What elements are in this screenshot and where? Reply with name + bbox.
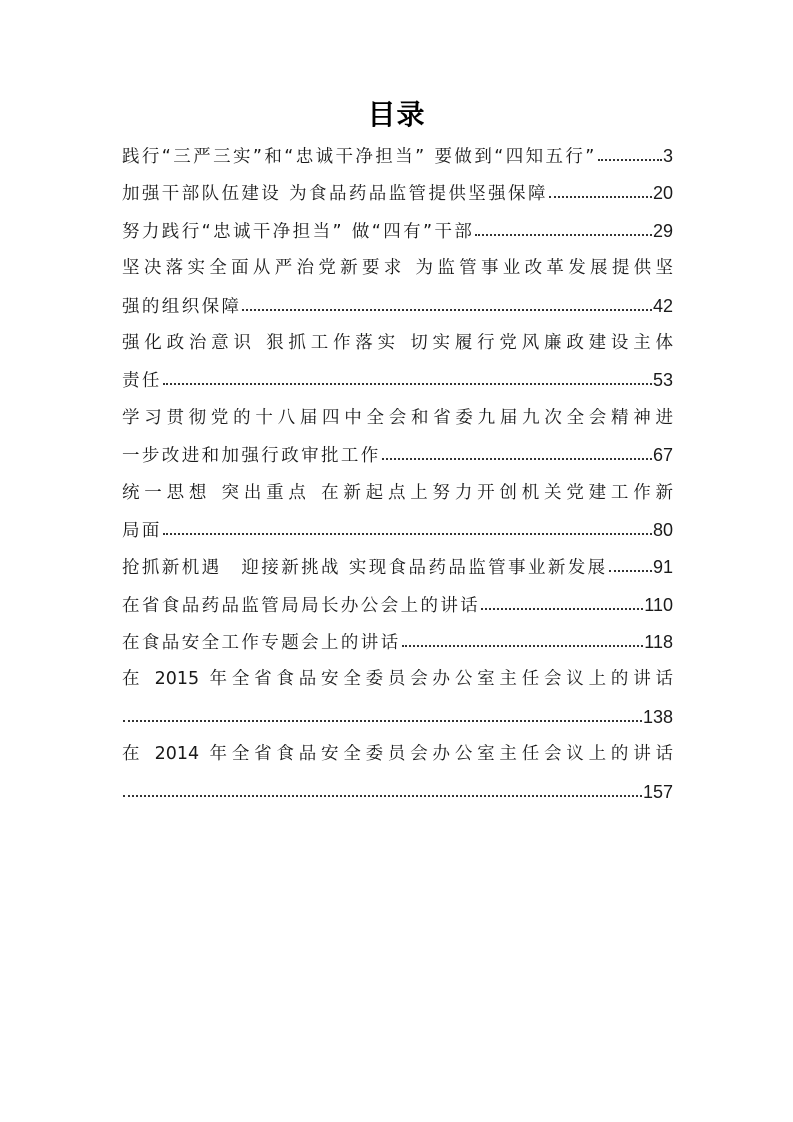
dot-leader: [163, 518, 652, 536]
toc-entry-title: 努力践行“忠诚干净担当” 做“四有”干部: [122, 214, 474, 250]
toc-entry-title: 在 2015 年全省食品安全委员会办公室主任会议上的讲话: [122, 661, 673, 698]
toc-entry-title: 统一思想 突出重点 在新起点上努力开创机关党建工作新: [122, 475, 673, 512]
toc-entry[interactable]: 在 2014 年全省食品安全委员会办公室主任会议上的讲话 157: [122, 736, 673, 811]
dot-leader: [475, 219, 652, 237]
dot-leader: [598, 145, 662, 163]
dot-leader: [163, 369, 652, 387]
toc-page-number: 157: [643, 774, 673, 811]
toc-entry[interactable]: 在 2015 年全省食品安全委员会办公室主任会议上的讲话 138: [122, 661, 673, 736]
toc-page-number: 91: [653, 549, 673, 586]
toc-entry[interactable]: 努力践行“忠诚干净担当” 做“四有”干部 29: [122, 213, 673, 250]
dot-leader: [481, 593, 643, 611]
toc-page-number: 29: [653, 213, 673, 250]
toc-page-number: 118: [644, 624, 673, 661]
dot-leader: [549, 182, 652, 200]
toc-entry[interactable]: 统一思想 突出重点 在新起点上努力开创机关党建工作新 局面 80: [122, 475, 673, 550]
table-of-contents: 践行“三严三实”和“忠诚干净担当” 要做到“四知五行” 3 加强干部队伍建设 为…: [122, 138, 673, 811]
toc-entry-title: 抢抓新机遇 迎接新挑战 实现食品药品监管事业新发展: [122, 550, 608, 586]
toc-entry-title: 加强干部队伍建设 为食品药品监管提供坚强保障: [122, 176, 548, 212]
toc-page-number: 80: [653, 512, 673, 549]
toc-page-number: 110: [644, 587, 673, 624]
toc-entry-title: 强化政治意识 狠抓工作落实 切实履行党风廉政建设主体: [122, 325, 673, 362]
toc-entry[interactable]: 在食品安全工作专题会上的讲话 118: [122, 624, 673, 661]
toc-entry-title-continued: 一步改进和加强行政审批工作: [122, 438, 381, 474]
toc-entry[interactable]: 践行“三严三实”和“忠诚干净担当” 要做到“四知五行” 3: [122, 138, 673, 175]
toc-entry[interactable]: 强化政治意识 狠抓工作落实 切实履行党风廉政建设主体 责任 53: [122, 325, 673, 400]
toc-entry-title: 坚决落实全面从严治党新要求 为监管事业改革发展提供坚: [122, 250, 673, 287]
toc-entry-title: 在食品安全工作专题会上的讲话: [122, 625, 401, 661]
dot-leader: [123, 780, 642, 798]
toc-entry[interactable]: 加强干部队伍建设 为食品药品监管提供坚强保障 20: [122, 175, 673, 212]
dot-leader: [242, 294, 652, 312]
toc-page-number: 3: [663, 138, 673, 175]
toc-page-number: 138: [643, 699, 673, 736]
toc-entry[interactable]: 抢抓新机遇 迎接新挑战 实现食品药品监管事业新发展 91: [122, 549, 673, 586]
toc-entry-title: 在省食品药品监管局局长办公会上的讲话: [122, 588, 480, 624]
toc-page-number: 20: [653, 175, 673, 212]
toc-page-number: 53: [653, 362, 673, 399]
toc-entry[interactable]: 学习贯彻党的十八届四中全会和省委九届九次全会精神进 一步改进和加强行政审批工作 …: [122, 400, 673, 475]
toc-entry[interactable]: 在省食品药品监管局局长办公会上的讲话 110: [122, 587, 673, 624]
toc-entry-title: 践行“三严三实”和“忠诚干净担当” 要做到“四知五行”: [122, 139, 597, 175]
toc-entry-title: 在 2014 年全省食品安全委员会办公室主任会议上的讲话: [122, 736, 673, 773]
dot-leader: [382, 444, 652, 462]
dot-leader: [402, 631, 644, 649]
toc-entry-title: 学习贯彻党的十八届四中全会和省委九届九次全会精神进: [122, 400, 673, 437]
dot-leader: [609, 556, 652, 574]
page-title: 目录: [0, 97, 793, 133]
toc-entry-title-continued: 强的组织保障: [122, 289, 241, 325]
dot-leader: [123, 705, 642, 723]
document-page: 目录 践行“三严三实”和“忠诚干净担当” 要做到“四知五行” 3 加强干部队伍建…: [0, 0, 793, 1122]
toc-page-number: 42: [653, 288, 673, 325]
toc-entry-title-continued: 局面: [122, 513, 162, 549]
toc-entry[interactable]: 坚决落实全面从严治党新要求 为监管事业改革发展提供坚 强的组织保障 42: [122, 250, 673, 325]
toc-entry-title-continued: 责任: [122, 363, 162, 399]
toc-page-number: 67: [653, 437, 673, 474]
